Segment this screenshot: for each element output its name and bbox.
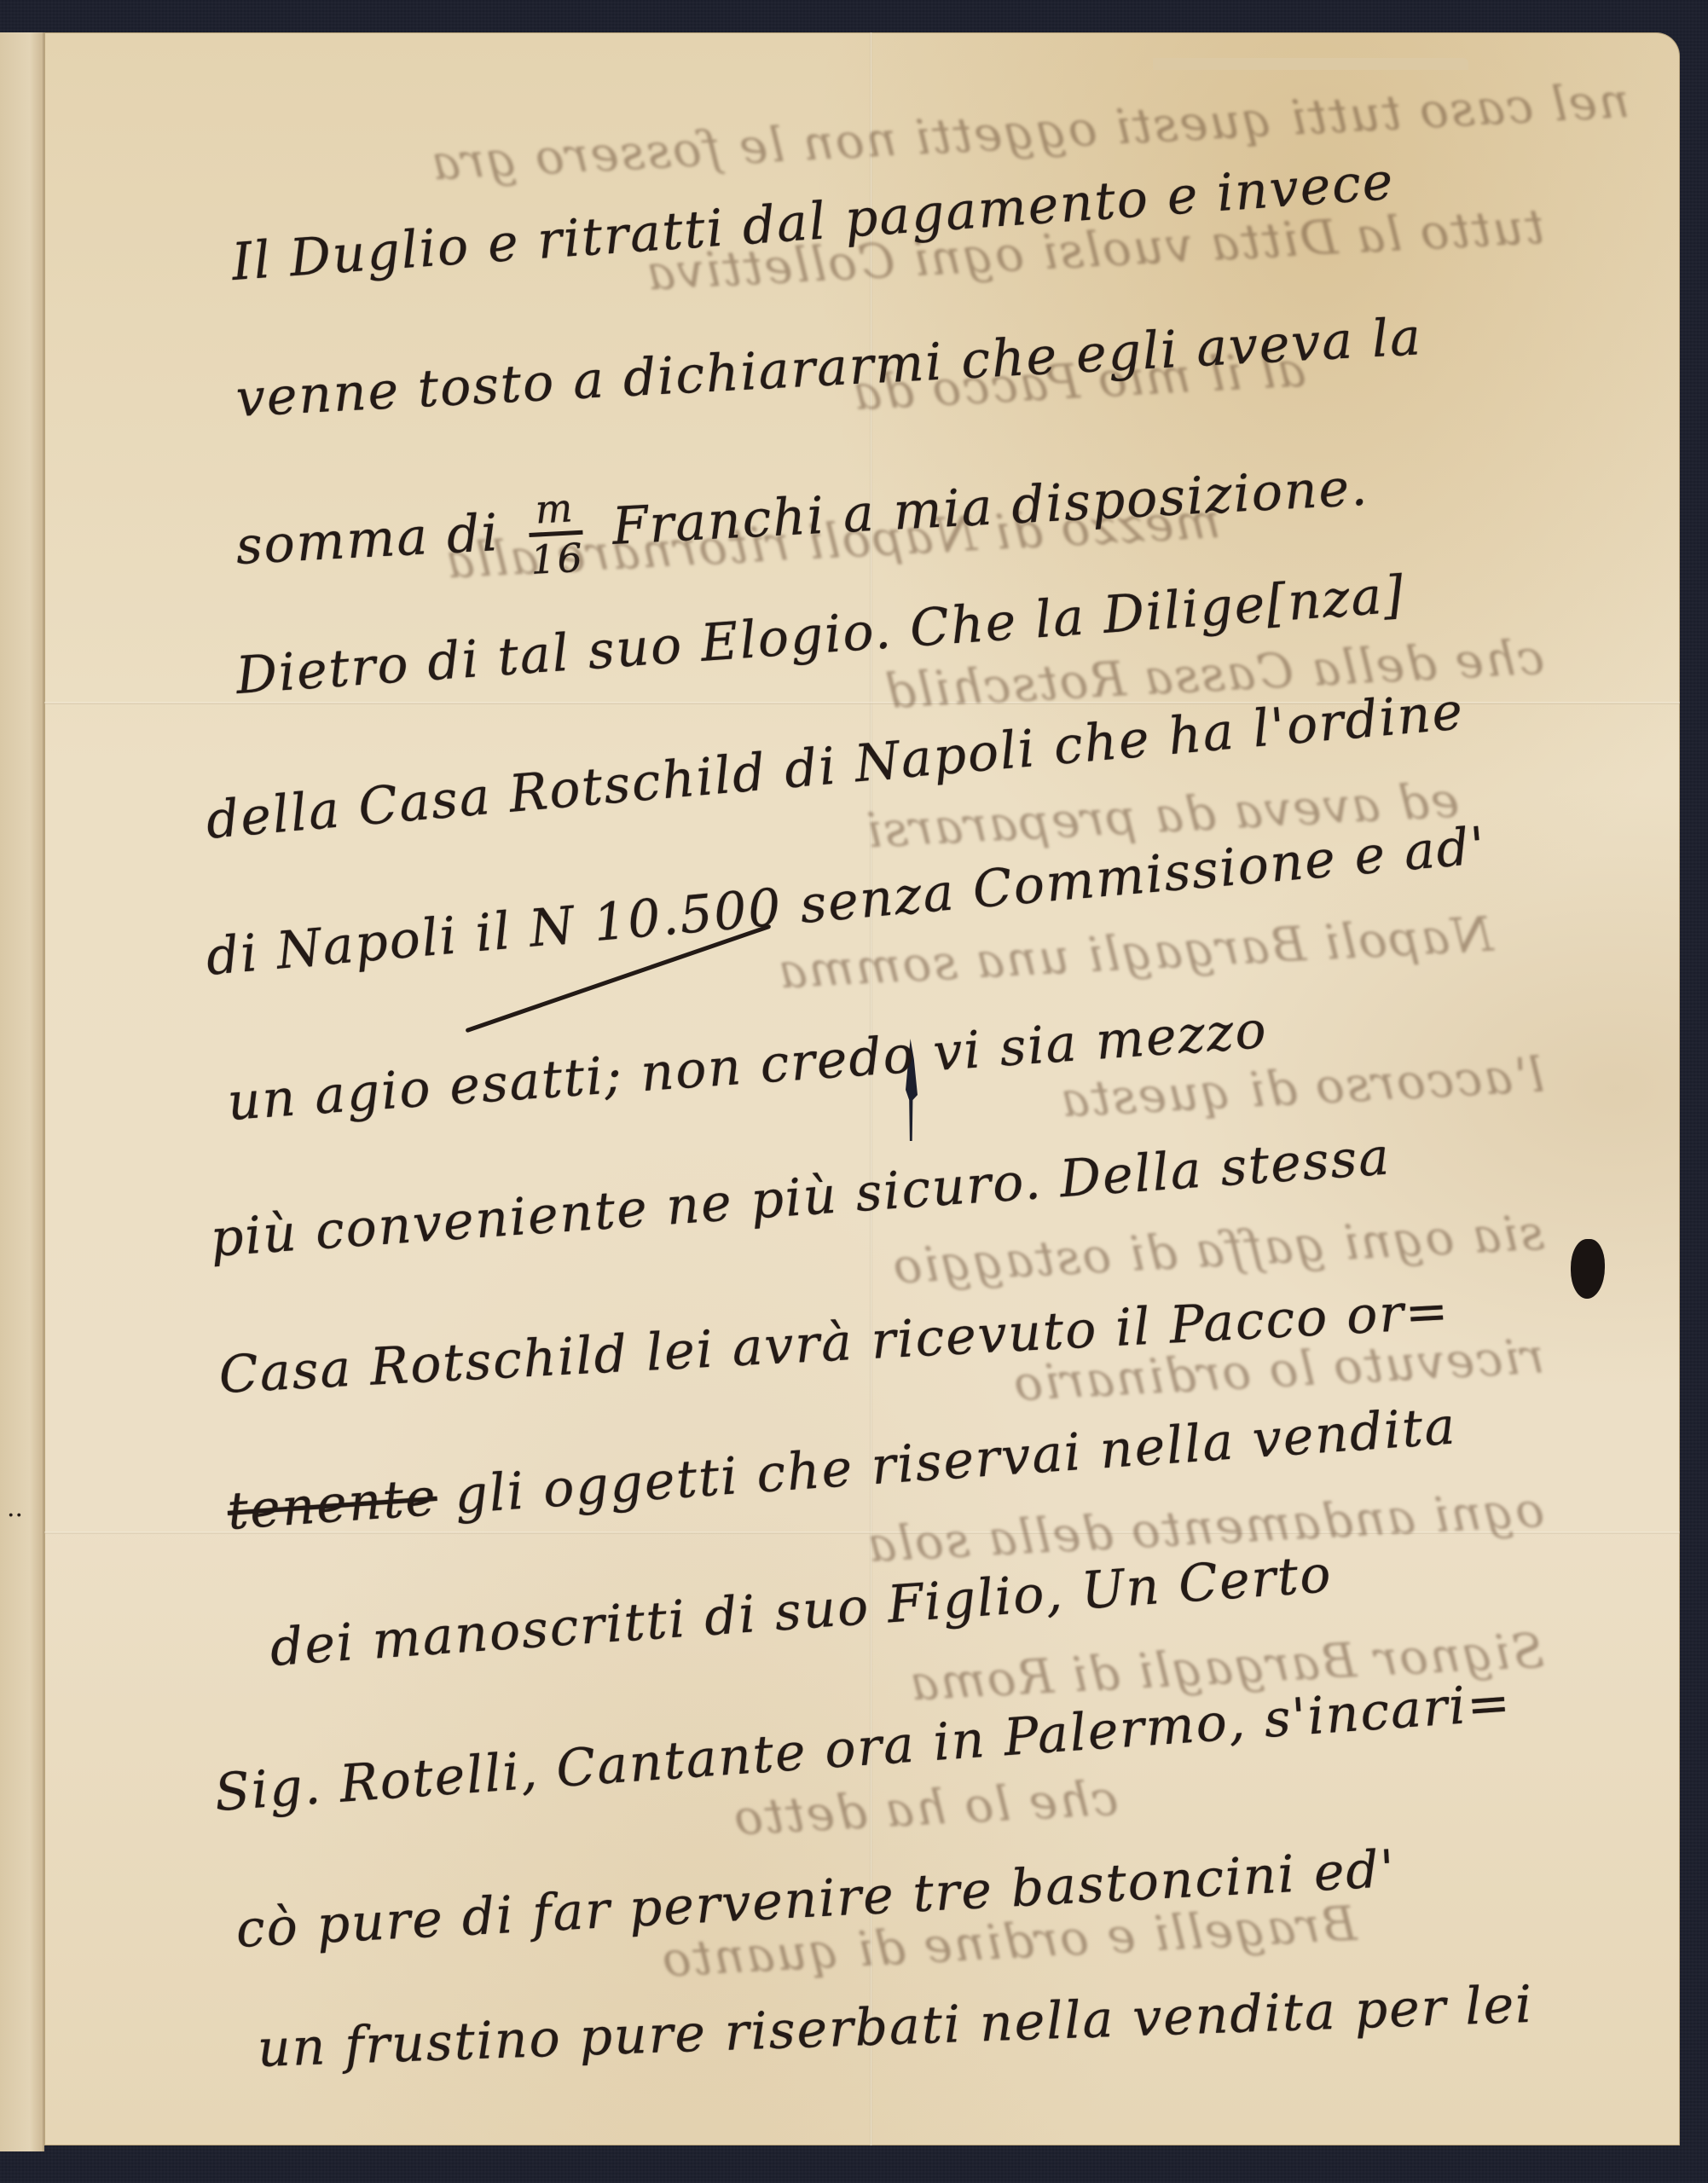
letter-line-3: somma di m 16 Franchi a mia disposizione… xyxy=(234,446,1371,594)
letter-line-1: Il Duglio e ritratti dal pagamento e inv… xyxy=(230,152,1397,292)
margin-dots: ·· xyxy=(7,1501,23,1531)
letter-line-6: di Napoli il N 10.500 senza Commissione … xyxy=(204,816,1489,987)
struck-word: tenente xyxy=(226,1468,439,1542)
manuscript-page: nel caso tutti questi oggetti non le fos… xyxy=(44,32,1680,2145)
adjacent-page-edge xyxy=(0,32,44,2151)
fraction-numerator: m xyxy=(527,488,582,537)
line-3-suffix: Franchi a mia disposizione. xyxy=(611,458,1370,557)
line-10-text: gli oggetti che riservai nella vendita xyxy=(453,1396,1458,1526)
letter-body: Il Duglio e ritratti dal pagamento e inv… xyxy=(44,32,1680,2145)
amount-value: N 10.500 xyxy=(527,877,785,959)
letter-line-10: tenente gli oggetti che riservai nella v… xyxy=(226,1396,1459,1542)
letter-line-11: dei manoscritti di suo Figlio, Un Certo xyxy=(269,1544,1335,1678)
letter-line-12: Sig. Rotelli, Cantante ora in Palermo, s… xyxy=(213,1673,1514,1823)
letter-line-9: Casa Rotschild lei avrà ricevuto il Pacc… xyxy=(217,1281,1451,1405)
line-6-suffix: senza Commissione e ad' xyxy=(797,816,1489,935)
letter-line-2: venne tosto a dichiararmi che egli aveva… xyxy=(234,307,1423,429)
fraction: m 16 xyxy=(527,488,585,580)
letter-line-13: cò pure di far pervenire tre bastoncini … xyxy=(234,1839,1398,1960)
fraction-denominator: 16 xyxy=(530,535,585,580)
letter-line-7: un agio esatti; non credo vi sia mezzo xyxy=(226,1000,1270,1132)
line-6-prefix: di Napoli il xyxy=(204,901,514,987)
letter-line-14: un frustino pure riserbati nella vendita… xyxy=(257,1975,1535,2079)
line-3-prefix: somma di xyxy=(234,503,501,576)
letter-line-8: più conveniente ne più sicuro. Della ste… xyxy=(209,1126,1393,1269)
letter-line-5: della Casa Rotschild di Napoli che ha l'… xyxy=(204,681,1467,851)
